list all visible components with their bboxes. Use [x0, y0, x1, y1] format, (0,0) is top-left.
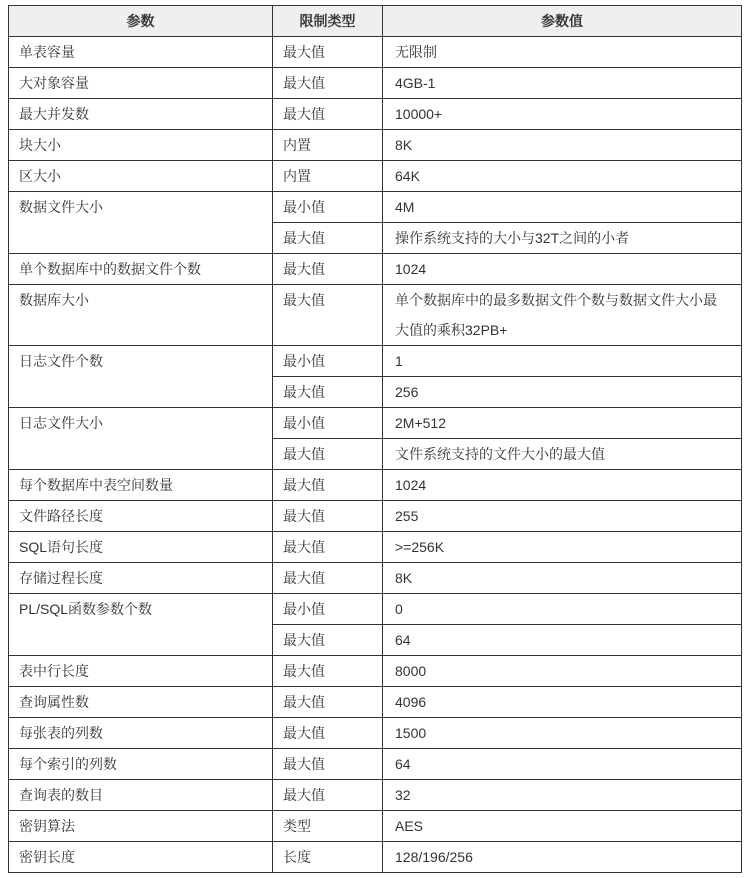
limit-type-cell: 最大值 [273, 563, 383, 594]
table-row: 表中行长度最大值8000 [9, 656, 742, 687]
param-cell: 最大并发数 [9, 99, 273, 130]
value-cell: 无限制 [383, 37, 742, 68]
table-row: 文件路径长度最大值255 [9, 501, 742, 532]
value-cell: 64K [383, 161, 742, 192]
table-row: 块大小内置8K [9, 130, 742, 161]
limit-type-cell: 最大值 [273, 99, 383, 130]
limit-type-cell: 最大值 [273, 223, 383, 254]
limit-type-cell: 最大值 [273, 377, 383, 408]
value-cell: 256 [383, 377, 742, 408]
header-row: 参数 限制类型 参数值 [9, 6, 742, 37]
value-cell: 1024 [383, 470, 742, 501]
limit-type-cell: 内置 [273, 130, 383, 161]
param-cell: PL/SQL函数参数个数 [9, 594, 273, 656]
param-cell: 密钥长度 [9, 842, 273, 873]
value-cell: 8000 [383, 656, 742, 687]
header-limit-type: 限制类型 [273, 6, 383, 37]
param-cell: 区大小 [9, 161, 273, 192]
header-param: 参数 [9, 6, 273, 37]
table-row: 日志文件个数最小值1 [9, 346, 742, 377]
param-cell: 日志文件个数 [9, 346, 273, 408]
table-row: 最大并发数最大值10000+ [9, 99, 742, 130]
value-cell: 10000+ [383, 99, 742, 130]
limit-type-cell: 内置 [273, 161, 383, 192]
limit-type-cell: 最大值 [273, 718, 383, 749]
limit-type-cell: 类型 [273, 811, 383, 842]
param-cell: 数据库大小 [9, 285, 273, 346]
param-cell: 日志文件大小 [9, 408, 273, 470]
value-cell: 64 [383, 749, 742, 780]
limit-type-cell: 最大值 [273, 656, 383, 687]
value-cell: 8K [383, 130, 742, 161]
limit-type-cell: 最大值 [273, 532, 383, 563]
value-cell: 128/196/256 [383, 842, 742, 873]
value-cell: 1 [383, 346, 742, 377]
limit-type-cell: 最大值 [273, 501, 383, 532]
param-cell: 查询属性数 [9, 687, 273, 718]
limit-type-cell: 最大值 [273, 37, 383, 68]
table-row: 每个索引的列数最大值64 [9, 749, 742, 780]
param-cell: 文件路径长度 [9, 501, 273, 532]
limit-type-cell: 最大值 [273, 780, 383, 811]
table-row: 存储过程长度最大值8K [9, 563, 742, 594]
param-cell: 存储过程长度 [9, 563, 273, 594]
param-cell: SQL语句长度 [9, 532, 273, 563]
table-row: 每张表的列数最大值1500 [9, 718, 742, 749]
limit-type-cell: 最小值 [273, 408, 383, 439]
limit-type-cell: 最小值 [273, 594, 383, 625]
limit-type-cell: 最大值 [273, 749, 383, 780]
value-cell: 1500 [383, 718, 742, 749]
param-cell: 每张表的列数 [9, 718, 273, 749]
value-cell: 4GB-1 [383, 68, 742, 99]
limit-type-cell: 最小值 [273, 192, 383, 223]
param-cell: 每个索引的列数 [9, 749, 273, 780]
table-row: 大对象容量最大值4GB-1 [9, 68, 742, 99]
header-value: 参数值 [383, 6, 742, 37]
param-cell: 块大小 [9, 130, 273, 161]
limit-type-cell: 最大值 [273, 687, 383, 718]
table-row: 查询表的数目最大值32 [9, 780, 742, 811]
value-cell: 2M+512 [383, 408, 742, 439]
param-cell: 密钥算法 [9, 811, 273, 842]
limit-type-cell: 最大值 [273, 285, 383, 346]
value-cell: 4096 [383, 687, 742, 718]
value-cell: 8K [383, 563, 742, 594]
param-cell: 查询表的数目 [9, 780, 273, 811]
value-cell: 0 [383, 594, 742, 625]
value-cell: 单个数据库中的最多数据文件个数与数据文件大小最大值的乘积32PB+ [383, 285, 742, 346]
table-row: 日志文件大小最小值2M+512 [9, 408, 742, 439]
value-cell: AES [383, 811, 742, 842]
param-cell: 大对象容量 [9, 68, 273, 99]
table-row: 数据文件大小最小值4M [9, 192, 742, 223]
parameter-limits-table: 参数 限制类型 参数值 单表容量最大值无限制大对象容量最大值4GB-1最大并发数… [8, 5, 742, 873]
table-row: 密钥长度长度128/196/256 [9, 842, 742, 873]
table-row: 单表容量最大值无限制 [9, 37, 742, 68]
table-row: 查询属性数最大值4096 [9, 687, 742, 718]
value-cell: 4M [383, 192, 742, 223]
value-cell: 255 [383, 501, 742, 532]
limit-type-cell: 最大值 [273, 254, 383, 285]
table-row: 区大小内置64K [9, 161, 742, 192]
limit-type-cell: 最大值 [273, 470, 383, 501]
table-row: 密钥算法类型AES [9, 811, 742, 842]
limit-type-cell: 最大值 [273, 625, 383, 656]
value-cell: >=256K [383, 532, 742, 563]
limit-type-cell: 最大值 [273, 68, 383, 99]
table-body: 单表容量最大值无限制大对象容量最大值4GB-1最大并发数最大值10000+块大小… [9, 37, 742, 873]
value-cell: 操作系统支持的大小与32T之间的小者 [383, 223, 742, 254]
limit-type-cell: 长度 [273, 842, 383, 873]
limit-type-cell: 最小值 [273, 346, 383, 377]
param-cell: 单表容量 [9, 37, 273, 68]
param-cell: 表中行长度 [9, 656, 273, 687]
limit-type-cell: 最大值 [273, 439, 383, 470]
param-cell: 单个数据库中的数据文件个数 [9, 254, 273, 285]
param-cell: 数据文件大小 [9, 192, 273, 254]
value-cell: 1024 [383, 254, 742, 285]
param-cell: 每个数据库中表空间数量 [9, 470, 273, 501]
table-row: PL/SQL函数参数个数最小值0 [9, 594, 742, 625]
table-row: 单个数据库中的数据文件个数最大值1024 [9, 254, 742, 285]
table-row: 每个数据库中表空间数量最大值1024 [9, 470, 742, 501]
table-row: SQL语句长度最大值>=256K [9, 532, 742, 563]
value-cell: 文件系统支持的文件大小的最大值 [383, 439, 742, 470]
table-row: 数据库大小最大值单个数据库中的最多数据文件个数与数据文件大小最大值的乘积32PB… [9, 285, 742, 346]
value-cell: 64 [383, 625, 742, 656]
value-cell: 32 [383, 780, 742, 811]
